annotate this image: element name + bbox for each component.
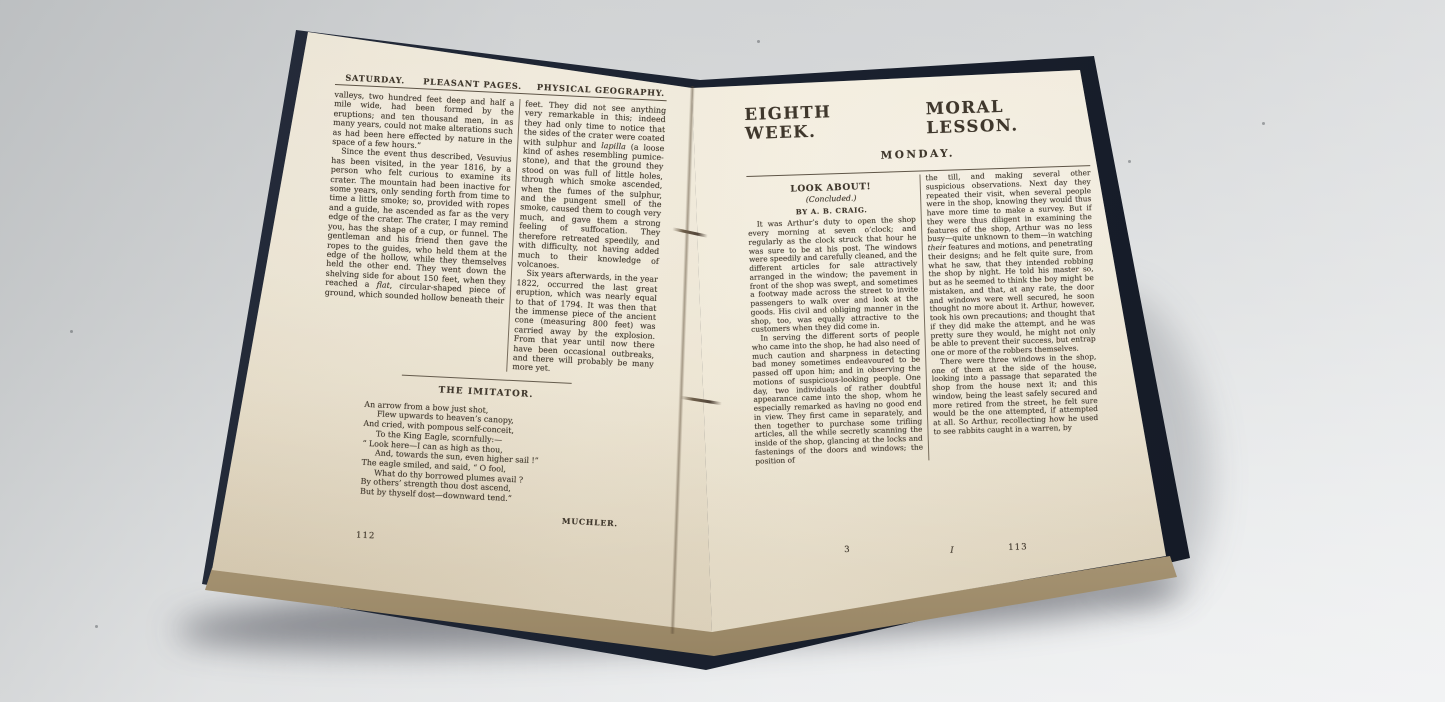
dust-speck <box>95 625 98 628</box>
dust-speck <box>1262 122 1265 125</box>
right-column-1: LOOK ABOUT! (Concluded.) BY A. B. CRAIG.… <box>747 175 924 466</box>
paragraph: the till, and making several other suspi… <box>925 169 1096 358</box>
paragraph: valleys, two hundred feet deep and half … <box>332 90 515 155</box>
left-column-2: feet. They did not see anything very rem… <box>512 99 666 378</box>
paragraph: There were three windows in the shop, on… <box>931 353 1098 437</box>
dust-speck <box>1128 160 1131 163</box>
photo-of-open-book: SATURDAY. PLEASANT PAGES. PHYSICAL GEOGR… <box>0 0 1445 702</box>
section-divider-rule <box>402 374 572 383</box>
left-page-columns: valleys, two hundred feet deep and half … <box>321 90 666 379</box>
paragraph: feet. They did not see anything very rem… <box>517 99 666 275</box>
paragraph: It was Arthur’s duty to open the shop ev… <box>748 216 919 335</box>
week-lesson-title: EIGHTH WEEK. MORAL LESSON. <box>744 94 1089 143</box>
right-page-columns: LOOK ABOUT! (Concluded.) BY A. B. CRAIG.… <box>747 169 1100 466</box>
paragraph: In serving the different sorts of people… <box>751 330 923 466</box>
poem: An arrow from a bow just shot,Flew upwar… <box>360 400 606 509</box>
right-column-1-text: It was Arthur’s duty to open the shop ev… <box>748 216 924 466</box>
left-column-1: valleys, two hundred feet deep and half … <box>321 90 514 371</box>
dust-speck <box>70 330 73 333</box>
lesson-title: MORAL LESSON. <box>925 94 1089 137</box>
gathering-letter: I <box>950 546 954 556</box>
right-page: EIGHTH WEEK. MORAL LESSON. MONDAY. LOOK … <box>0 0 1445 702</box>
signature-mark: 3 <box>844 545 850 555</box>
right-page-content: EIGHTH WEEK. MORAL LESSON. MONDAY. LOOK … <box>744 89 1099 466</box>
paragraph: Since the event thus described, Vesuvius… <box>325 146 512 305</box>
page-number-right: 113 <box>1008 542 1028 553</box>
paragraph: Six years afterwards, in the year 1822, … <box>512 268 658 378</box>
day-heading: MONDAY. <box>746 143 1090 166</box>
left-page-content: SATURDAY. PLEASANT PAGES. PHYSICAL GEOGR… <box>313 64 668 554</box>
week-title: EIGHTH WEEK. <box>744 100 896 143</box>
dust-speck <box>757 40 760 43</box>
page-number-left: 112 <box>313 528 645 554</box>
running-head-day: SATURDAY. <box>345 72 405 85</box>
right-column-2: the till, and making several other suspi… <box>925 169 1099 460</box>
